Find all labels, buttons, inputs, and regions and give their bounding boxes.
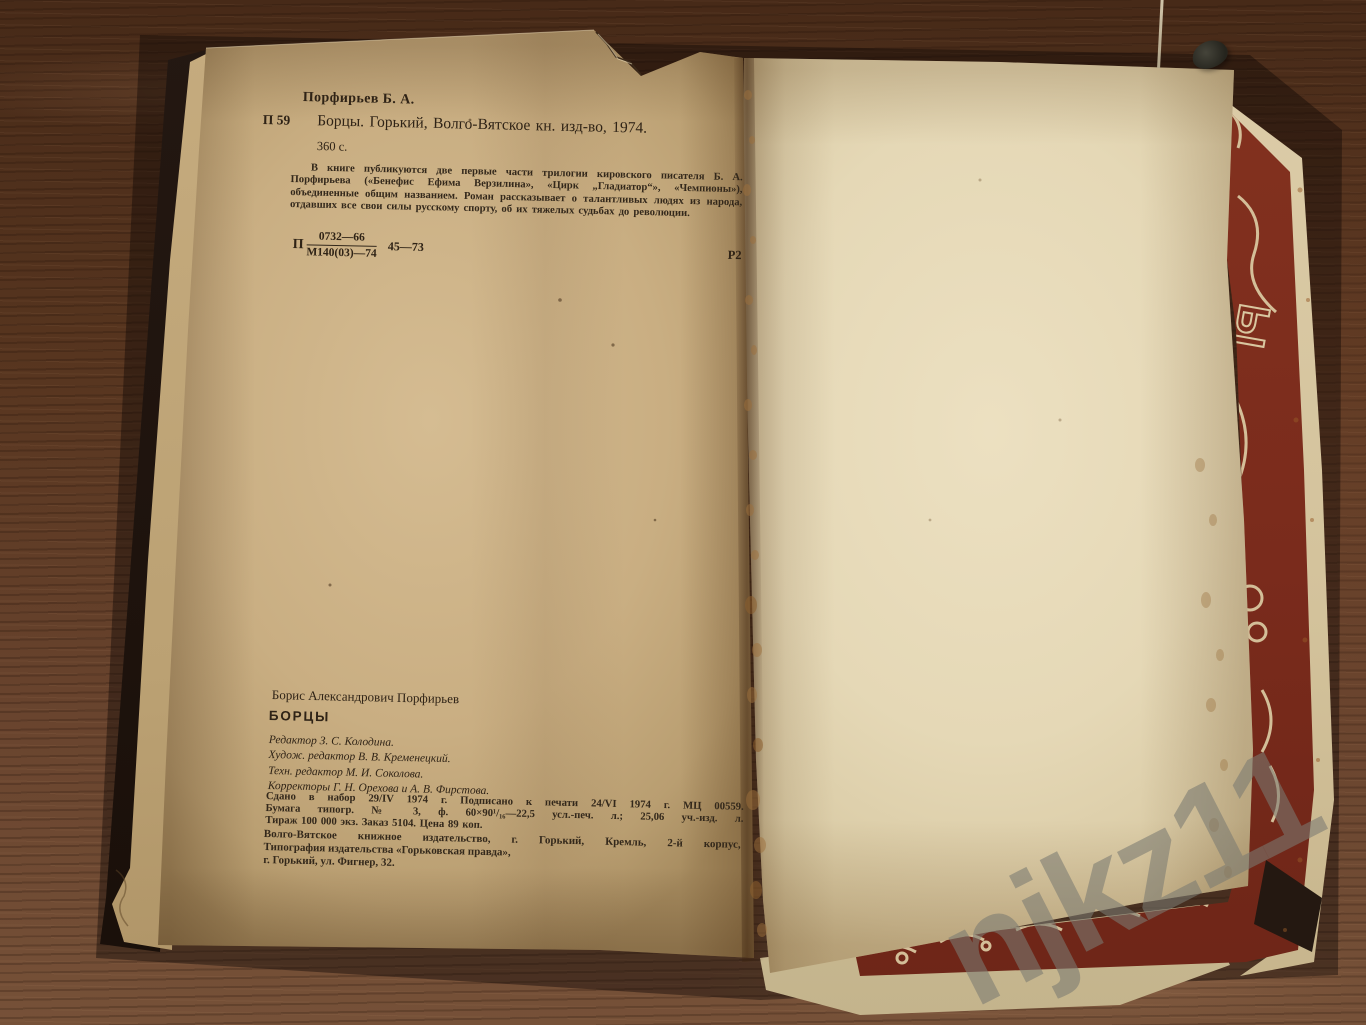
author-short: Порфирьев Б. А.	[303, 90, 415, 109]
catalog-prefix: П	[292, 237, 303, 253]
annotation-paragraph: В книге публикуются две первые части три…	[290, 162, 743, 221]
catalog-denominator: М140(03)—74	[306, 246, 377, 262]
book-title: БОРЦЫ	[269, 708, 331, 724]
catalog-right-code: Р2	[727, 248, 741, 263]
catalog-numerator: 0732—66	[307, 230, 378, 247]
catalog-suffix: 45—73	[388, 239, 424, 255]
catalog-header-row: П 59 Борцы. Горький, Волго-Вятское кн. и…	[263, 111, 648, 138]
pages-count: 360 с.	[317, 139, 348, 155]
catalog-fraction: 0732—66 М140(03)—74	[306, 230, 377, 261]
index-code: П 59	[263, 112, 291, 129]
author-full-name: Борис Александрович Порфирьев	[272, 687, 460, 707]
staff-credits: Редактор З. С. Колодина. Худож. редактор…	[268, 733, 491, 799]
catalog-code-block: П 0732—66 М140(03)—74 45—73 Р2	[292, 230, 742, 270]
photo-open-book: Ы	[0, 0, 1366, 1025]
title-line: Борцы. Горький, Волго-Вятское кн. изд-во…	[317, 112, 647, 137]
